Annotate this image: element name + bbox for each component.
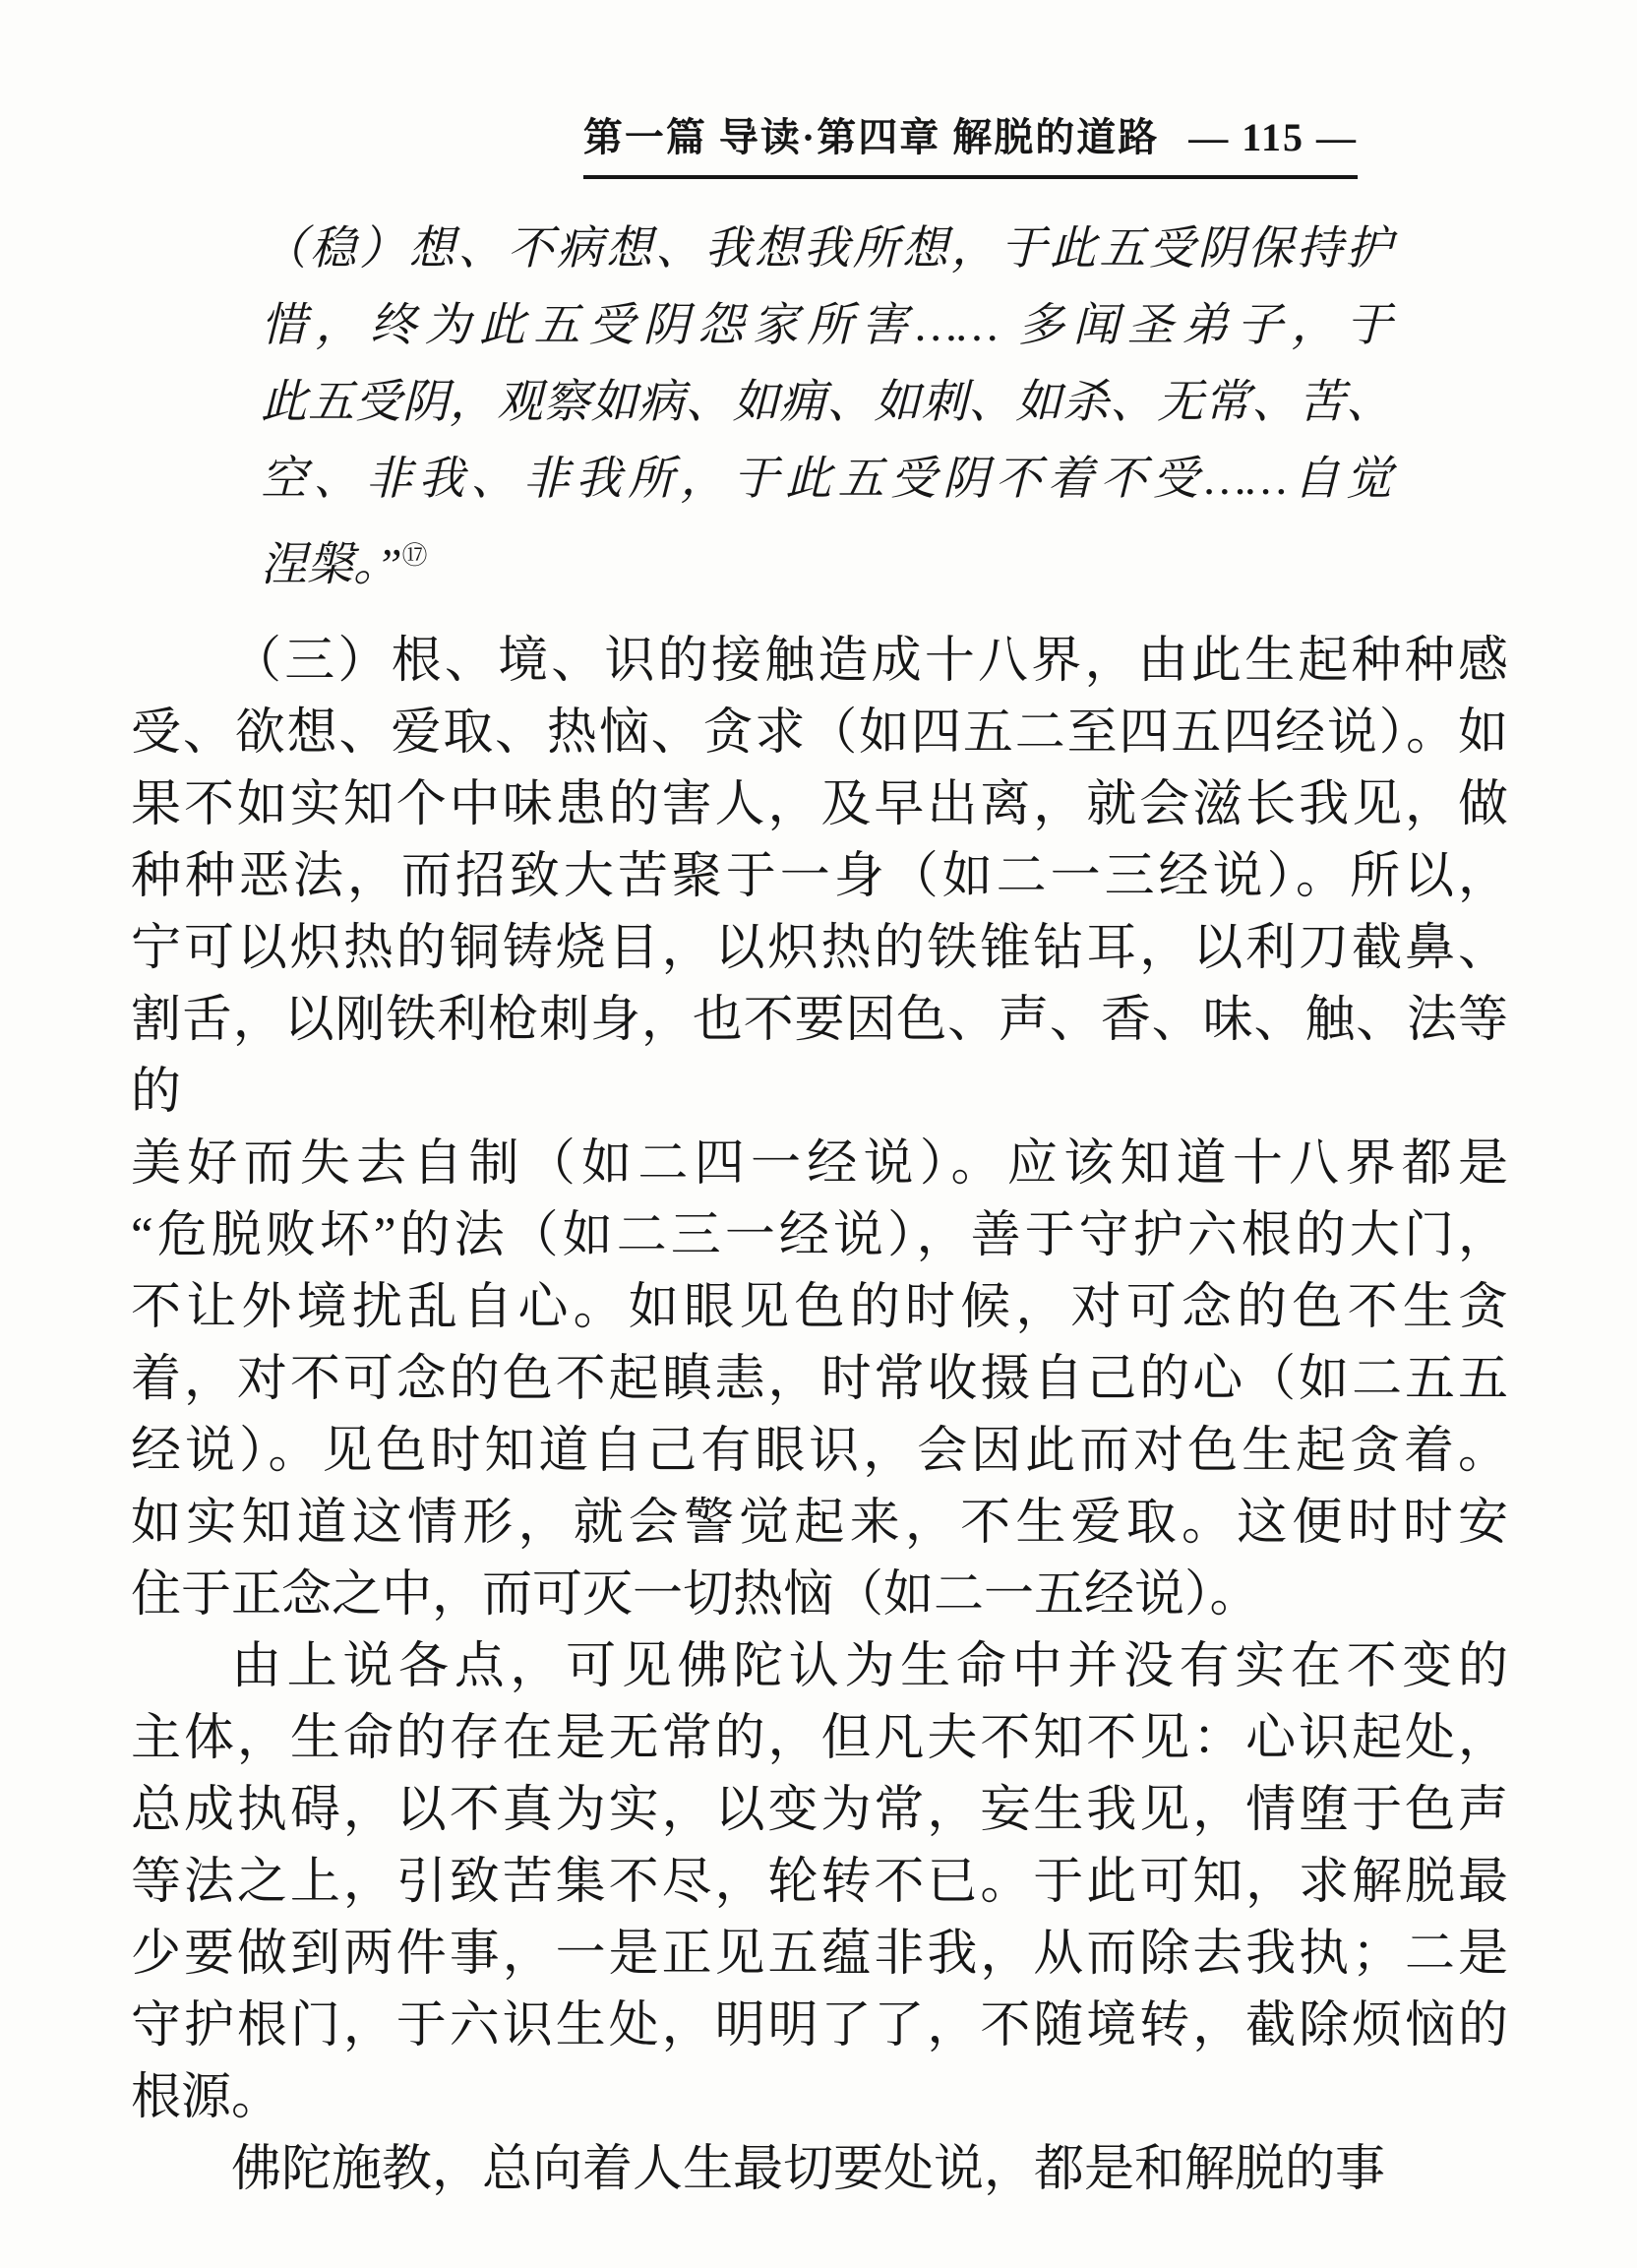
body-line: 割舌，以刚铁利枪刺身，也不要因色、声、香、味、触、法等的 bbox=[131, 985, 1508, 1129]
body-line: 果不如实知个中味患的害人，及早出离，就会滋长我见，做 bbox=[131, 769, 1508, 841]
quote-line: 惜，终为此五受阴怨家所害…… 多闻圣弟子，于 bbox=[261, 287, 1392, 364]
footnote-ref: ⑰ bbox=[402, 541, 428, 570]
body-line: 如实知道这情形，就会警觉起来，不生爱取。这便时时安 bbox=[131, 1488, 1508, 1560]
body-line: 宁可以炽热的铜铸烧目，以炽热的铁锥钻耳，以利刀截鼻、 bbox=[131, 913, 1508, 985]
quote-line: 空、非我、非我所，于此五受阴不着不受……自觉 bbox=[261, 441, 1392, 518]
quote-line: （稳）想、不病想、我想我所想，于此五受阴保持护 bbox=[261, 211, 1392, 287]
body-line: 守护根门，于六识生处，明明了了，不随境转，截除烦恼的 bbox=[131, 1991, 1508, 2062]
running-header-rule: 第一篇 导读·第四章 解脱的道路— 115 — bbox=[583, 116, 1358, 179]
body-line: “危脱败坏”的法（如二三一经说），善于守护六根的大门， bbox=[131, 1200, 1508, 1272]
body-line: 总成执碍，以不真为实，以变为常，妄生我见，情堕于色声 bbox=[131, 1775, 1508, 1847]
body-line: 种种恶法，而招致大苦聚于一身（如二一三经说）。所以， bbox=[131, 841, 1508, 913]
page-number: — 115 — bbox=[1188, 115, 1358, 159]
body-line: 住于正念之中，而可灭一切热恼（如二一五经说）。 bbox=[131, 1560, 1508, 1631]
body-line: 等法之上，引致苦集不尽，轮转不已。于此可知，求解脱最 bbox=[131, 1847, 1508, 1919]
quote-line-text: 涅槃。” bbox=[261, 540, 402, 591]
body-line: 由上说各点，可见佛陀认为生命中并没有实在不变的 bbox=[131, 1631, 1508, 1703]
body-line: 根源。 bbox=[131, 2062, 1508, 2134]
quote-line: 涅槃。”⑰ bbox=[261, 518, 1392, 604]
running-header: 第一篇 导读·第四章 解脱的道路— 115 — bbox=[131, 116, 1358, 179]
body-line: 美好而失去自制（如二四一经说）。应该知道十八界都是 bbox=[131, 1129, 1508, 1200]
body-line: 着，对不可念的色不起瞋恚，时常收摄自己的心（如二五五 bbox=[131, 1344, 1508, 1416]
page-content: 第一篇 导读·第四章 解脱的道路— 115 — （稳）想、不病想、我想我所想，于… bbox=[0, 0, 1637, 2206]
body-line: 经说）。见色时知道自己有眼识，会因此而对色生起贪着。 bbox=[131, 1416, 1508, 1488]
chapter-title: 第一篇 导读·第四章 解脱的道路 bbox=[583, 115, 1159, 159]
body-line: 佛陀施教，总向着人生最切要处说，都是和解脱的事 bbox=[131, 2134, 1508, 2206]
body-text: （三）根、境、识的接触造成十八界，由此生起种种感 受、欲想、爱取、热恼、贪求（如… bbox=[131, 626, 1508, 2206]
body-line: 不让外境扰乱自心。如眼见色的时候，对可念的色不生贪 bbox=[131, 1272, 1508, 1344]
body-line: 受、欲想、爱取、热恼、贪求（如四五二至四五四经说）。如 bbox=[131, 698, 1508, 769]
body-line: （三）根、境、识的接触造成十八界，由此生起种种感 bbox=[131, 626, 1508, 698]
quote-line: 此五受阴，观察如病、如痈、如刺、如杀、无常、苦、 bbox=[261, 364, 1392, 441]
book-page: 第一篇 导读·第四章 解脱的道路— 115 — （稳）想、不病想、我想我所想，于… bbox=[0, 0, 1637, 2268]
body-line: 主体，生命的存在是无常的，但凡夫不知不见：心识起处， bbox=[131, 1703, 1508, 1775]
body-line: 少要做到两件事，一是正见五蕴非我，从而除去我执；二是 bbox=[131, 1919, 1508, 1991]
scripture-quote-block: （稳）想、不病想、我想我所想，于此五受阴保持护 惜，终为此五受阴怨家所害…… 多… bbox=[261, 211, 1392, 604]
